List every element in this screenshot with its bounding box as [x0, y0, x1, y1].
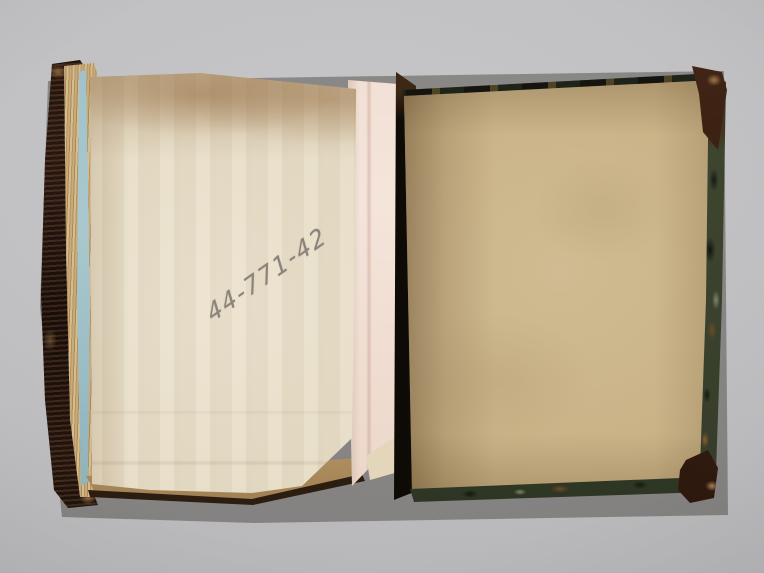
photo-of-open-book: 44-771-42 — [0, 0, 764, 573]
